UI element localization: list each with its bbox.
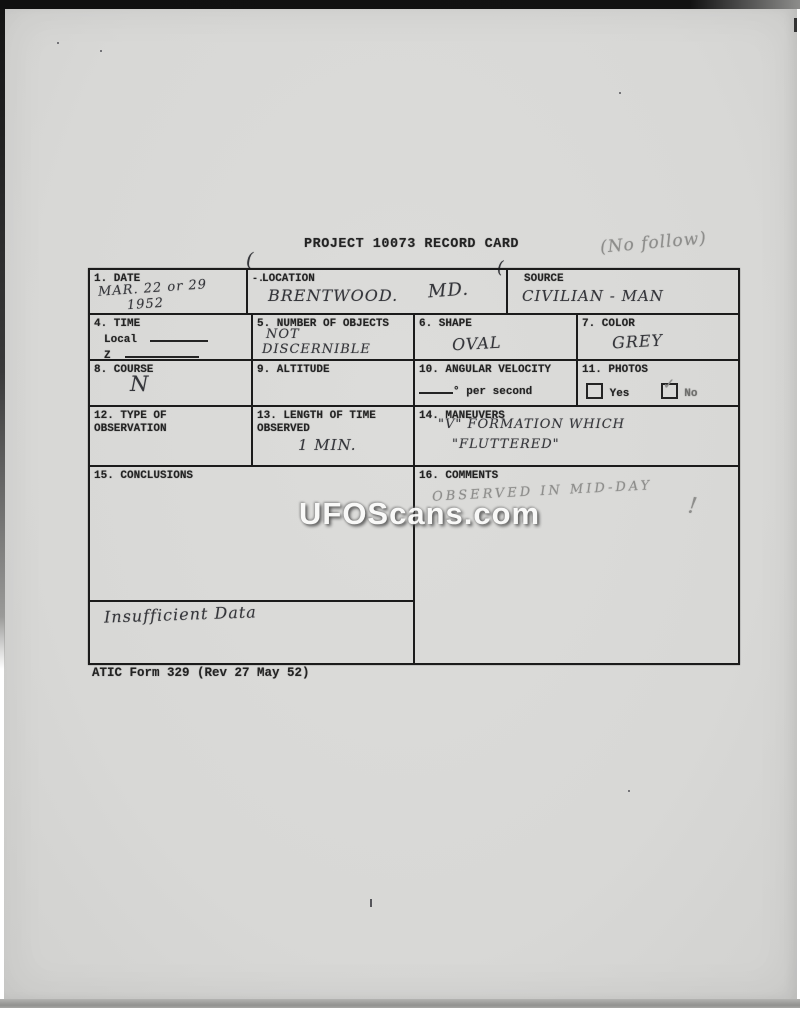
scan-speck [619, 92, 621, 94]
form-footer: ATIC Form 329 (Rev 27 May 52) [92, 666, 310, 680]
handwriting-objects-line2: DISCERNIBLE [262, 342, 371, 357]
field-conclusions-label: 15. CONCLUSIONS [94, 470, 193, 482]
scan-left-border [0, 9, 5, 669]
scan-top-border [0, 0, 800, 9]
scan-bottom-edge [0, 999, 800, 1008]
field-type-of-observation: 12. TYPE OF OBSERVATION [90, 407, 253, 467]
field-time-local-label: Local [94, 334, 137, 346]
scanned-record-card-page: PROJECT 10073 RECORD CARD (No follow) ( … [0, 0, 800, 1014]
field-altitude-label: 9. ALTITUDE [257, 364, 330, 376]
handwriting-shape: OVAL [452, 333, 502, 355]
field-altitude: 9. ALTITUDE [253, 361, 415, 407]
field-photos-label: 11. PHOTOS [582, 364, 648, 376]
watermark: UFOScans.com [299, 496, 540, 532]
handwriting-color: GREY [612, 331, 664, 353]
handwriting-objects-line1: NOT [266, 327, 300, 342]
scan-speck [100, 50, 102, 52]
handwriting-location-city: BRENTWOOD. [268, 286, 398, 305]
handwriting-location-state: MD. [427, 279, 469, 303]
zulu-time-blank [125, 347, 199, 358]
handwriting-maneuvers-line2: "FLUTTERED" [452, 437, 560, 452]
field-source-label: SOURCE [524, 273, 564, 285]
photos-yes-checkbox [586, 383, 603, 399]
card-title: PROJECT 10073 RECORD CARD [304, 237, 519, 252]
scan-speck [628, 790, 630, 792]
angular-velocity-blank [419, 383, 453, 394]
field-color-label: 7. COLOR [582, 318, 635, 330]
handwriting-maneuvers-line1: "V" FORMATION WHICH [438, 417, 625, 432]
check-mark-icon: ✓ [663, 378, 676, 391]
handwriting-course: N [130, 372, 149, 396]
field-location-label: LOCATION [262, 273, 315, 285]
local-time-blank [150, 331, 208, 342]
field-photos: 11. PHOTOS Yes ✓ No [578, 361, 738, 407]
photos-yes-label: Yes [610, 388, 630, 400]
degree-symbol: ° [453, 386, 460, 398]
field-course: 8. COURSE [90, 361, 253, 407]
field-angular-velocity: 10. ANGULAR VELOCITY ° per second [415, 361, 578, 407]
field-type-of-observation-label-1: 12. TYPE OF [94, 410, 167, 422]
field-time: 4. TIME Local Z [90, 315, 253, 361]
handwriting-length-of-time: 1 MIN. [298, 436, 357, 454]
scan-speck [370, 899, 372, 907]
field-type-of-observation-label-2: OBSERVATION [94, 423, 167, 435]
scan-speck [57, 42, 59, 44]
per-second-label: per second [466, 386, 532, 398]
field-shape-label: 6. SHAPE [419, 318, 472, 330]
field-length-of-time-label-2: OBSERVED [257, 423, 310, 435]
field-length-of-time-label-1: 13. LENGTH OF TIME [257, 410, 376, 422]
photos-no-label: No [684, 388, 697, 400]
handwriting-source: CIVILIAN - MAN [522, 287, 664, 305]
field-comments-label: 16. COMMENTS [419, 470, 498, 482]
handwriting-date-line2: 1952 [127, 296, 165, 314]
photos-no-checkbox: ✓ [661, 383, 678, 399]
field-angular-velocity-label: 10. ANGULAR VELOCITY [419, 364, 551, 376]
scan-edge-mark [794, 18, 797, 32]
field-time-label: 4. TIME [94, 318, 140, 330]
